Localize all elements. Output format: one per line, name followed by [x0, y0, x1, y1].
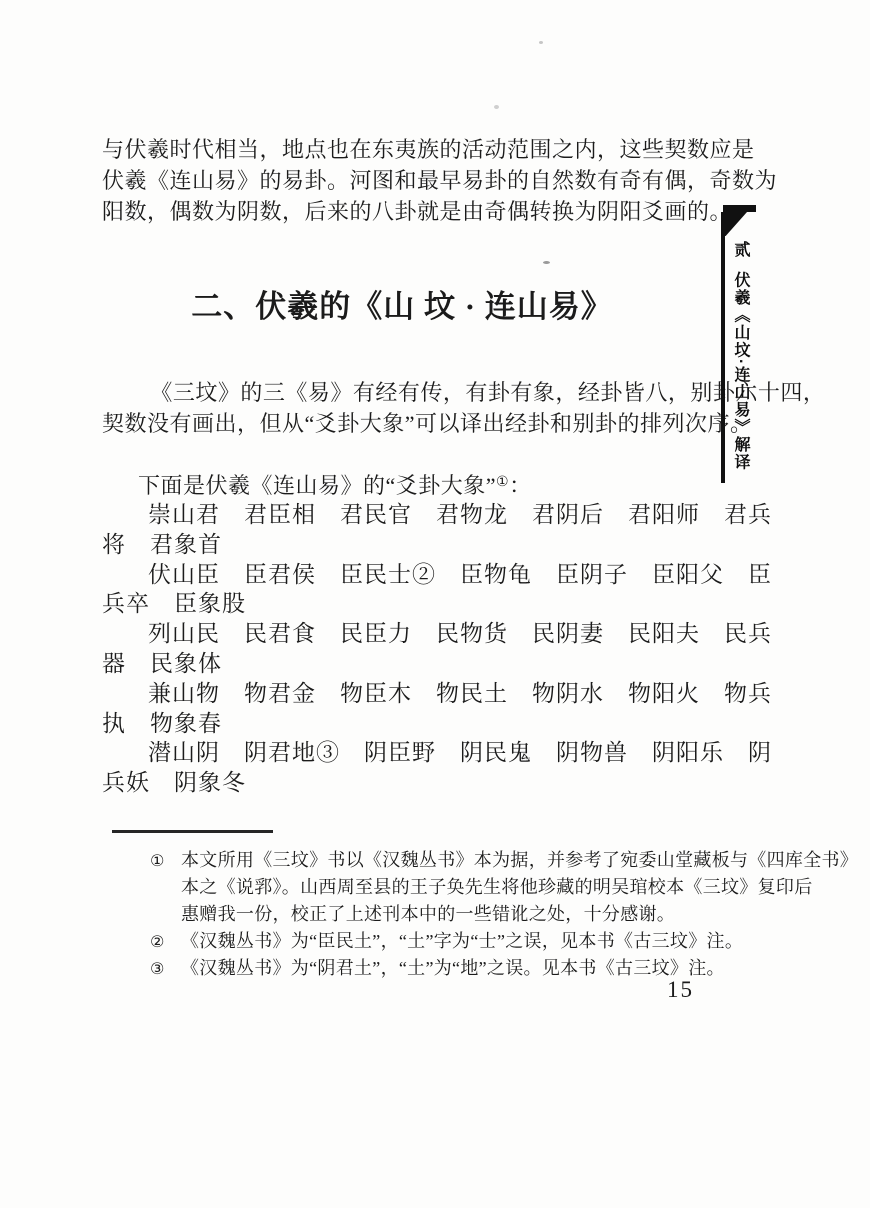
scan-speck	[543, 261, 550, 264]
gua-row-line: 将 君象首	[102, 530, 752, 560]
footnotes: ① 本文所用《三坟》书以《汉魏丛书》本为据，并参考了宛委山堂藏板与《四库全书》 …	[150, 847, 758, 982]
page-number: 15	[667, 977, 694, 1003]
book-page: 与伏羲时代相当，地点也在东夷族的活动范围之内，这些契数应是 伏羲《连山易》的易卦…	[0, 0, 870, 1208]
footnote-marker: ②	[150, 928, 181, 955]
paragraph-line: 阳数，偶数为阴数，后来的八卦就是由奇偶转换为阴阳爻画的。	[102, 196, 732, 227]
gua-row-line: 兼山物 物君金 物臣木 物民土 物阴水 物阳火 物兵	[102, 679, 752, 709]
paragraph-line: 与伏羲时代相当，地点也在东夷族的活动范围之内，这些契数应是	[102, 134, 732, 165]
gua-row-line: 崇山君 君臣相 君民官 君物龙 君阴后 君阳师 君兵	[102, 500, 752, 530]
footnote-text: 《汉魏丛书》为“阴君土”，“土”为“地”之误。见本书《古三坟》注。	[181, 955, 725, 982]
paragraph-line: 伏羲《连山易》的易卦。河图和最早易卦的自然数有奇有偶，奇数为	[102, 165, 732, 196]
footnote: ① 本文所用《三坟》书以《汉魏丛书》本为据，并参考了宛委山堂藏板与《四库全书》 …	[150, 847, 758, 928]
paragraph-text: 下面是伏羲《连山易》的“爻卦大象”	[138, 473, 496, 498]
side-tab-gap	[739, 259, 741, 272]
side-tab-bar	[723, 205, 756, 212]
side-tab: 贰伏羲《山坟·连山易》解译	[729, 241, 752, 481]
intro-paragraph: 与伏羲时代相当，地点也在东夷族的活动范围之内，这些契数应是 伏羲《连山易》的易卦…	[102, 134, 732, 227]
side-tab-rule	[721, 212, 725, 483]
footnote-line: 《汉魏丛书》为“阴君土”，“土”为“地”之误。见本书《古三坟》注。	[181, 955, 725, 982]
footnote-line: 本之《说郛》。山西周至县的王子奂先生将他珍藏的明吴琯校本《三坟》复印后	[181, 874, 858, 901]
gua-list: 崇山君 君臣相 君民官 君物龙 君阴后 君阳师 君兵 将 君象首 伏山臣 臣君侯…	[102, 500, 752, 798]
paragraph-line: 《三坟》的三《易》有经有传，有卦有象，经卦皆八，别卦六十四，	[102, 377, 732, 408]
footnote-marker: ①	[150, 847, 181, 874]
gua-row-line: 潜山阴 阴君地③ 阴臣野 阴民鬼 阴物兽 阴阳乐 阴	[102, 738, 752, 768]
footnote-text: 《汉魏丛书》为“臣民土”，“土”字为“士”之误，见本书《古三坟》注。	[181, 928, 743, 955]
gua-row-line: 兵卒 臣象股	[102, 589, 752, 619]
footnote-marker: ③	[150, 955, 181, 982]
footnote-line: 惠赠我一份，校正了上述刊本中的一些错讹之处，十分感谢。	[181, 901, 858, 928]
section-heading: 二、伏羲的《山 坟 · 连山易》	[102, 281, 702, 326]
paragraph-text: ：	[509, 473, 532, 498]
footnote-rule	[112, 830, 273, 833]
side-tab-section-number: 贰	[732, 241, 749, 259]
gua-row-line: 器 民象体	[102, 649, 752, 679]
gua-row-line: 执 物象春	[102, 709, 752, 739]
footnote: ② 《汉魏丛书》为“臣民土”，“土”字为“士”之误，见本书《古三坟》注。	[150, 928, 758, 955]
footnote-line: 《汉魏丛书》为“臣民土”，“土”字为“士”之误，见本书《古三坟》注。	[181, 928, 743, 955]
scan-speck	[539, 41, 543, 44]
gua-row-line: 列山民 民君食 民臣力 民物货 民阴妻 民阳夫 民兵	[102, 619, 752, 649]
gua-row-line: 兵妖 阴象冬	[102, 768, 752, 798]
footnote-line: 本文所用《三坟》书以《汉魏丛书》本为据，并参考了宛委山堂藏板与《四库全书》	[181, 847, 858, 874]
footnote-ref-marker: ①	[496, 474, 509, 490]
gua-row-line: 伏山臣 臣君侯 臣民士② 臣物龟 臣阴子 臣阳父 臣	[102, 560, 752, 590]
side-tab-title: 伏羲《山坟·连山易》解译	[732, 272, 749, 471]
footnote-text: 本文所用《三坟》书以《汉魏丛书》本为据，并参考了宛委山堂藏板与《四库全书》 本之…	[181, 847, 858, 928]
scan-speck	[494, 105, 499, 109]
paragraph-line: 契数没有画出，但从“爻卦大象”可以译出经卦和别卦的排列次序。	[102, 408, 732, 439]
